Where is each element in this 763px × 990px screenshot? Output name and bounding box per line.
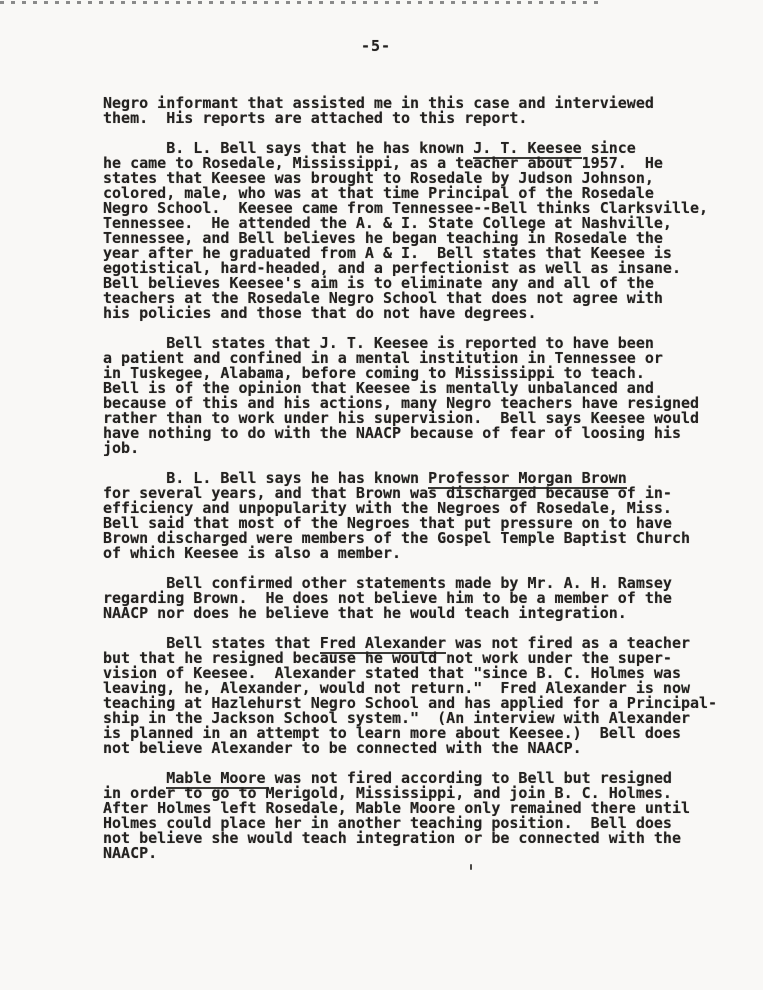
text-run: his policies and those that do not have …	[103, 304, 536, 322]
stray-ink-mark	[470, 864, 472, 870]
paragraph: B. L. Bell says that he has known J. T. …	[103, 141, 733, 321]
document-body: Negro informant that assisted me in this…	[103, 96, 733, 861]
text-run: NAACP nor does he believe that he would …	[103, 604, 627, 622]
text-run: not believe Alexander to be connected wi…	[103, 739, 582, 757]
perforation-dots	[0, 1, 603, 4]
document-page: -5- Negro informant that assisted me in …	[0, 0, 763, 990]
text-run: of which Keesee is also a member.	[103, 544, 401, 562]
paragraph: Bell states that Fred Alexander was not …	[103, 636, 733, 756]
paragraph: Bell states that J. T. Keesee is reporte…	[103, 336, 733, 456]
text-run: them. His reports are attached to this r…	[103, 109, 527, 127]
text-run: have nothing to do with the NAACP becaus…	[103, 424, 681, 442]
paragraph: Bell confirmed other statements made by …	[103, 576, 733, 621]
paragraph: B. L. Bell says he has known Professor M…	[103, 471, 733, 561]
text-run: not believe she would teach integration …	[103, 829, 681, 847]
paragraph: Mable Moore was not fired according to B…	[103, 771, 733, 861]
page-number: -5-	[361, 39, 391, 54]
paragraph: Negro informant that assisted me in this…	[103, 96, 733, 126]
text-run: NAACP.	[103, 844, 157, 862]
text-run: job.	[103, 439, 139, 457]
